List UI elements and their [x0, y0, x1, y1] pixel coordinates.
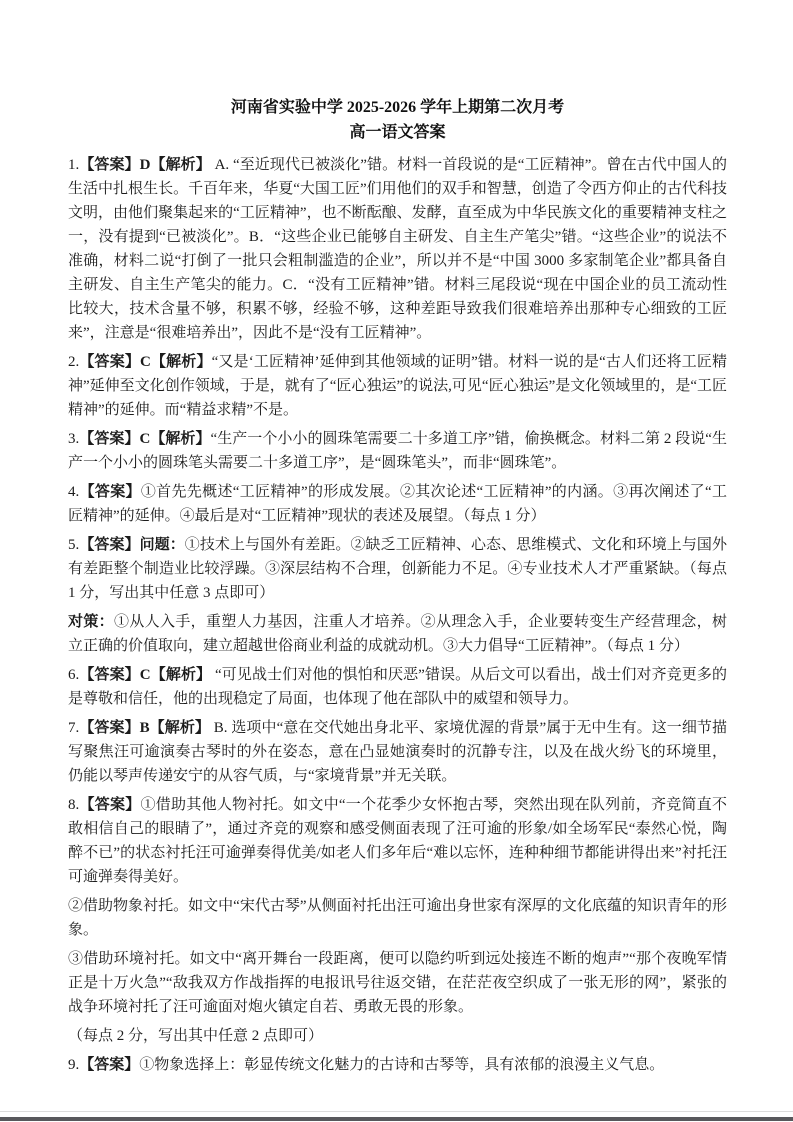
answer-label: 【答案】C【解析】: [79, 667, 211, 683]
answer-label: 【答案】: [79, 797, 140, 813]
answer-8-point-1: 8.【答案】①借助其他人物衬托。如文中“一个花季少女怀抱古琴，突然出现在队列前，…: [68, 793, 727, 889]
window-bottom-edge: [0, 1117, 793, 1121]
answer-4: 4.【答案】①首先先概述“工匠精神”的形成发展。②其次论述“工匠精神”的内涵。③…: [68, 480, 727, 528]
document-subtitle: 高一语文答案: [68, 120, 727, 145]
answer-label: 【答案】B【解析】: [79, 720, 210, 736]
answer-text: ①首先先概述“工匠精神”的形成发展。②其次论述“工匠精神”的内涵。③再次阐述了“…: [68, 484, 727, 524]
answer-text: 4.: [68, 484, 79, 500]
answer-8-scoring: （每点 2 分，写出其中任意 2 点即可）: [68, 1024, 727, 1048]
answer-text: ③借助环境衬托。如文中“离开舞台一段距离，便可以隐约听到远处接连不断的炮声”“那…: [68, 951, 727, 1015]
answer-label: 【答案】: [79, 1057, 139, 1073]
answer-text: 8.: [68, 797, 79, 813]
answer-2: 2.【答案】C【解析】“又是‘工匠精神’延伸到其他领域的证明”错。材料一说的是“…: [68, 350, 727, 422]
answer-5: 5.【答案】问题：①技术上与国外有差距。②缺乏工匠精神、心态、思维模式、文化和环…: [68, 533, 727, 605]
document-page: 河南省实验中学 2025-2026 学年上期第二次月考 高一语文答案 1.【答案…: [0, 0, 793, 1082]
answer-label: 【答案】D【解析】: [79, 157, 211, 173]
answer-1: 1.【答案】D【解析】 A. “至近现代已被淡化”错。材料一首段说的是“工匠精神…: [68, 153, 727, 345]
answer-5-countermeasures: 对策：①从人入手，重塑人力基因，注重人才培养。②从理念入手，企业要转变生产经营理…: [68, 610, 727, 658]
answer-text: 1.: [68, 157, 79, 173]
document-body: 1.【答案】D【解析】 A. “至近现代已被淡化”错。材料一首段说的是“工匠精神…: [68, 153, 727, 1077]
answer-label: 【答案】C【解析】: [79, 354, 211, 370]
answer-label: 对策：: [68, 614, 114, 630]
answer-8-point-3: ③借助环境衬托。如文中“离开舞台一段距离，便可以隐约听到远处接连不断的炮声”“那…: [68, 947, 727, 1019]
answer-text: 7.: [68, 720, 79, 736]
answer-text: 9.: [68, 1057, 79, 1073]
answer-label: 【答案】: [79, 484, 141, 500]
document-title: 河南省实验中学 2025-2026 学年上期第二次月考: [68, 95, 727, 120]
answer-label: 【答案】C【解析】: [79, 431, 210, 447]
answer-text: 2.: [68, 354, 79, 370]
answer-text: ①从人入手，重塑人力基因，注重人才培养。②从理念入手，企业要转变生产经营理念，树…: [68, 614, 727, 654]
answer-text: ②借助物象衬托。如文中“宋代古琴”从侧面衬托出汪可逾出身世家有深厚的文化底蕴的知…: [68, 898, 727, 938]
answer-7: 7.【答案】B【解析】 B. 选项中“意在交代她出身北平、家境优渥的背景”属于无…: [68, 716, 727, 788]
answer-text: ①借助其他人物衬托。如文中“一个花季少女怀抱古琴，突然出现在队列前，齐竞简直不敢…: [68, 797, 727, 885]
answer-text: 3.: [68, 431, 79, 447]
answer-text: ①物象选择上：彰显传统文化魅力的古诗和古琴等，具有浓郁的浪漫主义气息。: [139, 1057, 664, 1073]
answer-text: （每点 2 分，写出其中任意 2 点即可）: [68, 1028, 323, 1044]
answer-8-point-2: ②借助物象衬托。如文中“宋代古琴”从侧面衬托出汪可逾出身世家有深厚的文化底蕴的知…: [68, 894, 727, 942]
answer-text: 6.: [68, 667, 79, 683]
answer-text: 5.: [68, 537, 79, 553]
answer-6: 6.【答案】C【解析】 “可见战士们对他的惧怕和厌恶”错误。从后文可以看出，战士…: [68, 663, 727, 711]
answer-text: A. “至近现代已被淡化”错。材料一首段说的是“工匠精神”。曾在古代中国人的生活…: [68, 157, 727, 341]
answer-9: 9.【答案】①物象选择上：彰显传统文化魅力的古诗和古琴等，具有浓郁的浪漫主义气息…: [68, 1053, 727, 1077]
answer-label: 【答案】问题：: [79, 537, 185, 553]
answer-3: 3.【答案】C【解析】“生产一个小小的圆珠笔需要二十多道工序”错，偷换概念。材料…: [68, 427, 727, 475]
page-edge-hairline: [0, 1111, 793, 1112]
